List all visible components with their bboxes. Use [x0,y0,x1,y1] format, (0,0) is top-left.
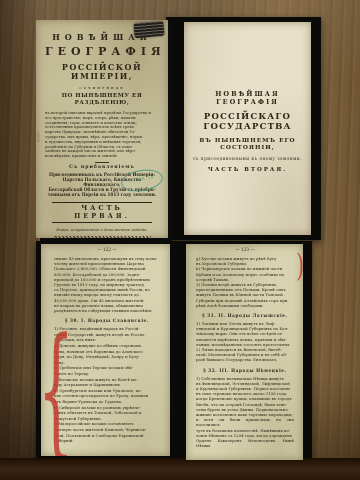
page122-intro: свыше 43 милліоновъ, присовокупя къ сему… [54,256,160,313]
part-label: ЧАСТЬ ПЕРВАЯ. [52,202,152,223]
book-photo: 6484 НОВѢЙШАЯ ГЕОГРАФІЯ РОССІЙСКОЙ ИМПЕР… [0,0,360,480]
page-number: — 122 — [54,244,160,253]
title-page-part1: 6484 НОВѢЙШАЯ ГЕОГРАФІЯ РОССІЙСКОЙ ИМПЕР… [36,20,168,238]
subtitle: ПО НЫНѢШНЕМУ ЕЯ РАЗДѢЛЕНІЮ, [45,93,159,106]
red-ink-paren-mark: ) [296,251,303,282]
title2-line2: РОССІЙСКАГО ГОСУДАРСТВА [192,112,303,132]
title2-part-label: ЧАСТЬ ВТОРАЯ. [192,167,303,174]
title2-line1: НОВѢЙШАЯ ГЕОГРАФІЯ [192,90,303,106]
page-number: — 123 — [196,244,294,253]
text-page-123: — 123 — g) Бугскіе козаки живутъ по рѣкѣ… [186,244,303,460]
red-ink-brace-mark: { [41,334,74,447]
byline: сочиненная [45,85,159,90]
book-title-line2: ГЕОГРАФІЯ [45,46,159,58]
handwritten-margin-note: 6484 [36,132,41,142]
edition-note: Новое, исправленное и дополненное издані… [45,228,159,233]
title-page-part2: НОВѢЙШАЯ ГЕОГРАФІЯ РОССІЙСКАГО ГОСУДАРСТ… [184,22,311,235]
zigzag-rule [53,236,151,238]
title2-line4: съ присоединенными къ оному землями. [192,156,303,161]
section-heading-latvian: § 31. II. Народы Латышскіе. [196,313,294,318]
page123-body2: 1) Латыши или Летты живутъ въ Лиф- ляндс… [196,321,294,363]
table-edge [0,458,360,480]
title2-line3: ВЪ НЫНѢШНЕМЪ ЕГО СОСТОЯНІИ, [192,138,303,152]
divider-rule [95,162,109,163]
book-title-line3: РОССІЙСКОЙ ИМПЕРІИ, [45,63,159,81]
page123-body3: 1) Собственно называемые Нѣмцы живутъ въ… [196,376,294,449]
page123-body1: g) Бугскіе козаки живутъ по рѣкѣ Бугу въ… [196,256,294,308]
section-heading-german: § 32. III. Народы Нѣмецкіе. [196,368,294,373]
library-stamp-icon [133,21,164,39]
abstract-text: въ которой описаны вкратцѣ предѣлы Госуд… [45,111,159,159]
text-page-122: — 122 — свыше 43 милліоновъ, присовокупя… [41,244,170,456]
